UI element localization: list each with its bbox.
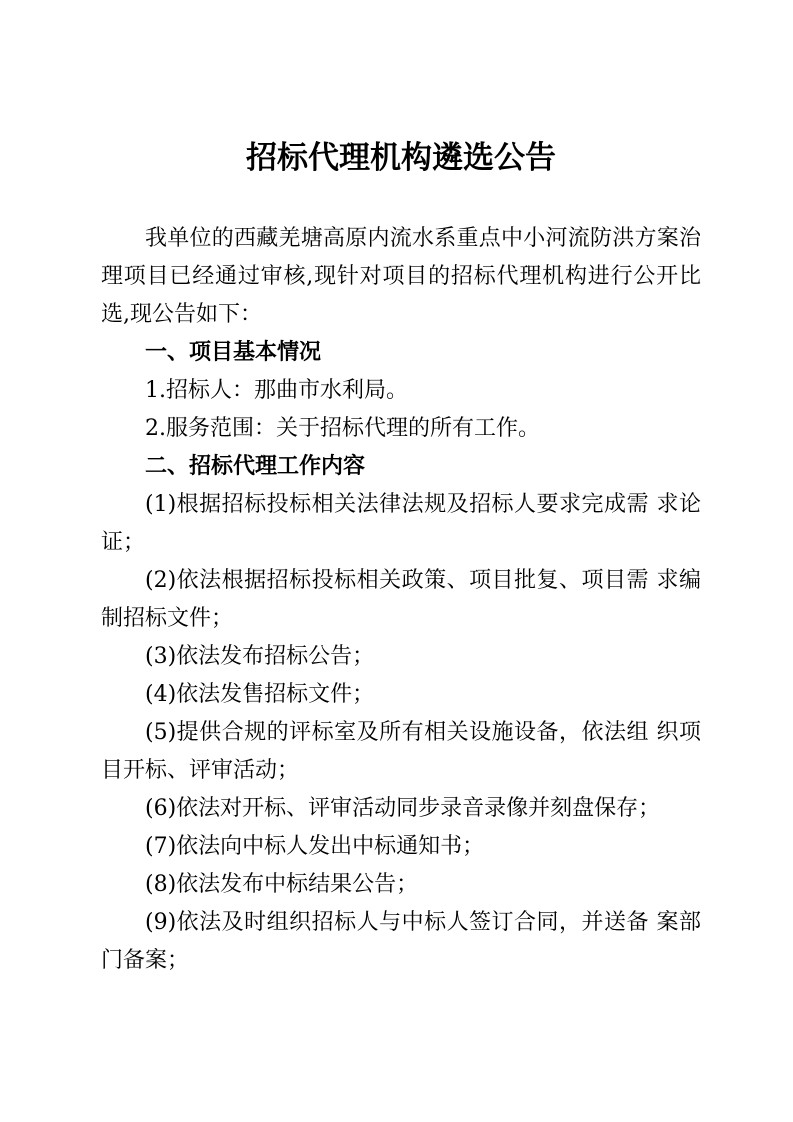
section-1-item-1: 1.招标人：那曲市水利局。 [101, 372, 701, 410]
document-body: 我单位的西藏羌塘高原内流水系重点中小河流防洪方案治理项目已经通过审核,现针对项目… [101, 220, 701, 980]
section-1-item-2: 2.服务范围：关于招标代理的所有工作。 [101, 410, 701, 448]
section-2-item-5: (5)提供合规的评标室及所有相关设施设备，依法组 织项目开标、评审活动； [101, 714, 701, 790]
section-2-heading: 二、招标代理工作内容 [101, 448, 701, 486]
section-2-item-7: (7)依法向中标人发出中标通知书； [101, 828, 701, 866]
section-2-item-9: (9)依法及时组织招标人与中标人签订合同，并送备 案部门备案； [101, 904, 701, 980]
section-2-item-2: (2)依法根据招标投标相关政策、项目批复、项目需 求编制招标文件； [101, 562, 701, 638]
section-2-item-4: (4)依法发售招标文件； [101, 676, 701, 714]
intro-paragraph: 我单位的西藏羌塘高原内流水系重点中小河流防洪方案治理项目已经通过审核,现针对项目… [101, 220, 701, 334]
document-content: 招标代理机构遴选公告 我单位的西藏羌塘高原内流水系重点中小河流防洪方案治理项目已… [101, 0, 701, 980]
section-2-item-3: (3)依法发布招标公告； [101, 638, 701, 676]
section-2-item-8: (8)依法发布中标结果公告； [101, 866, 701, 904]
document-title: 招标代理机构遴选公告 [101, 140, 701, 176]
section-2-item-6: (6)依法对开标、评审活动同步录音录像并刻盘保存； [101, 790, 701, 828]
section-2-item-1: (1)根据招标投标相关法律法规及招标人要求完成需 求论证； [101, 486, 701, 562]
document-page: 招标代理机构遴选公告 我单位的西藏羌塘高原内流水系重点中小河流防洪方案治理项目已… [0, 0, 793, 1122]
section-1-heading: 一、项目基本情况 [101, 334, 701, 372]
